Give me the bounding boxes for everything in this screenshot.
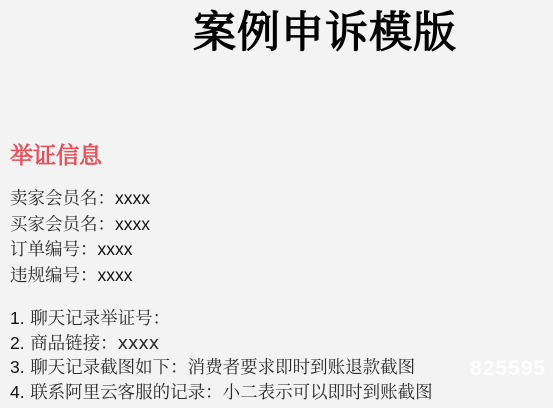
field-order-number: 订单编号：xxxx [10, 237, 150, 263]
field-value: xxxx [98, 239, 133, 259]
list-item: 2. 商品链接：xxxx [10, 332, 433, 357]
item-number: 4. [10, 382, 25, 402]
field-value: xxxx [98, 265, 133, 285]
item-text: 聊天记录截图如下：消费者要求即时到账退款截图 [30, 358, 415, 378]
watermark: 825595 [470, 357, 546, 381]
item-number: 3. [10, 357, 25, 377]
item-text: 商品链接：xxxx [30, 334, 159, 354]
list-item: 3. 聊天记录截图如下：消费者要求即时到账退款截图 [10, 356, 433, 381]
field-label: 买家会员名： [10, 215, 115, 235]
field-seller-member-name: 卖家会员名：xxxx [10, 186, 150, 212]
evidence-steps-list: 1. 聊天记录举证号： 2. 商品链接：xxxx 3. 聊天记录截图如下：消费者… [10, 307, 433, 405]
list-item: 1. 聊天记录举证号： [10, 307, 433, 332]
document-title: 案例申诉模版 [193, 6, 457, 60]
item-text: 联系阿里云客服的记录：小二表示可以即时到账截图 [30, 383, 433, 403]
list-item: 4. 联系阿里云客服的记录：小二表示可以即时到账截图 [10, 381, 433, 406]
field-value: xxxx [115, 214, 150, 234]
field-label: 订单编号： [10, 240, 98, 260]
item-number: 1. [10, 308, 25, 328]
section-heading-evidence: 举证信息 [10, 141, 102, 171]
field-label: 违规编号： [10, 266, 98, 286]
field-buyer-member-name: 买家会员名：xxxx [10, 212, 150, 238]
field-value: xxxx [115, 188, 150, 208]
field-label: 卖家会员名： [10, 189, 115, 209]
item-number: 2. [10, 333, 25, 353]
field-violation-number: 违规编号：xxxx [10, 263, 150, 289]
item-text: 聊天记录举证号： [30, 309, 170, 329]
evidence-field-list: 卖家会员名：xxxx 买家会员名：xxxx 订单编号：xxxx 违规编号：xxx… [10, 186, 150, 288]
